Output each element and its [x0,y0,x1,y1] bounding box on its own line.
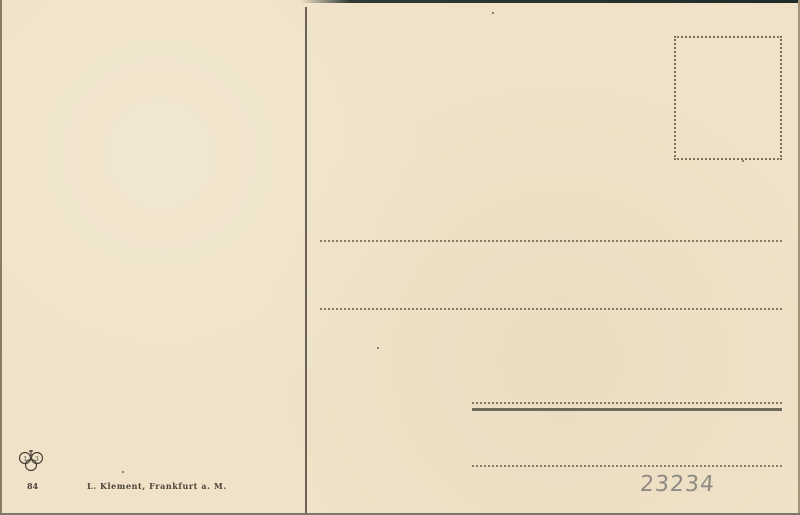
address-line-1 [320,240,782,242]
message-address-divider [305,7,307,513]
svg-text:L: L [24,456,28,463]
address-line-2 [320,308,782,310]
svg-text:3: 3 [35,456,39,463]
publisher-imprint: L. Klement, Frankfurt a. M. [87,481,227,491]
handwritten-inventory-number: 23234 [639,472,716,497]
paper-speck [492,12,494,14]
postcard-back: L 3 84 L. Klement, Frankfurt a. M. 23234 [0,0,800,515]
paper-speck [742,160,744,162]
stamp-box [674,36,782,160]
address-underline [472,408,782,411]
paper-speck [377,347,379,349]
address-line-3 [472,402,782,404]
clover-monogram-icon: L 3 [16,448,46,472]
publisher-number: 84 [27,481,38,491]
paper-speck [122,471,124,473]
scan-top-edge [300,0,800,3]
scan-left-edge [0,0,2,515]
address-line-4 [472,465,782,467]
